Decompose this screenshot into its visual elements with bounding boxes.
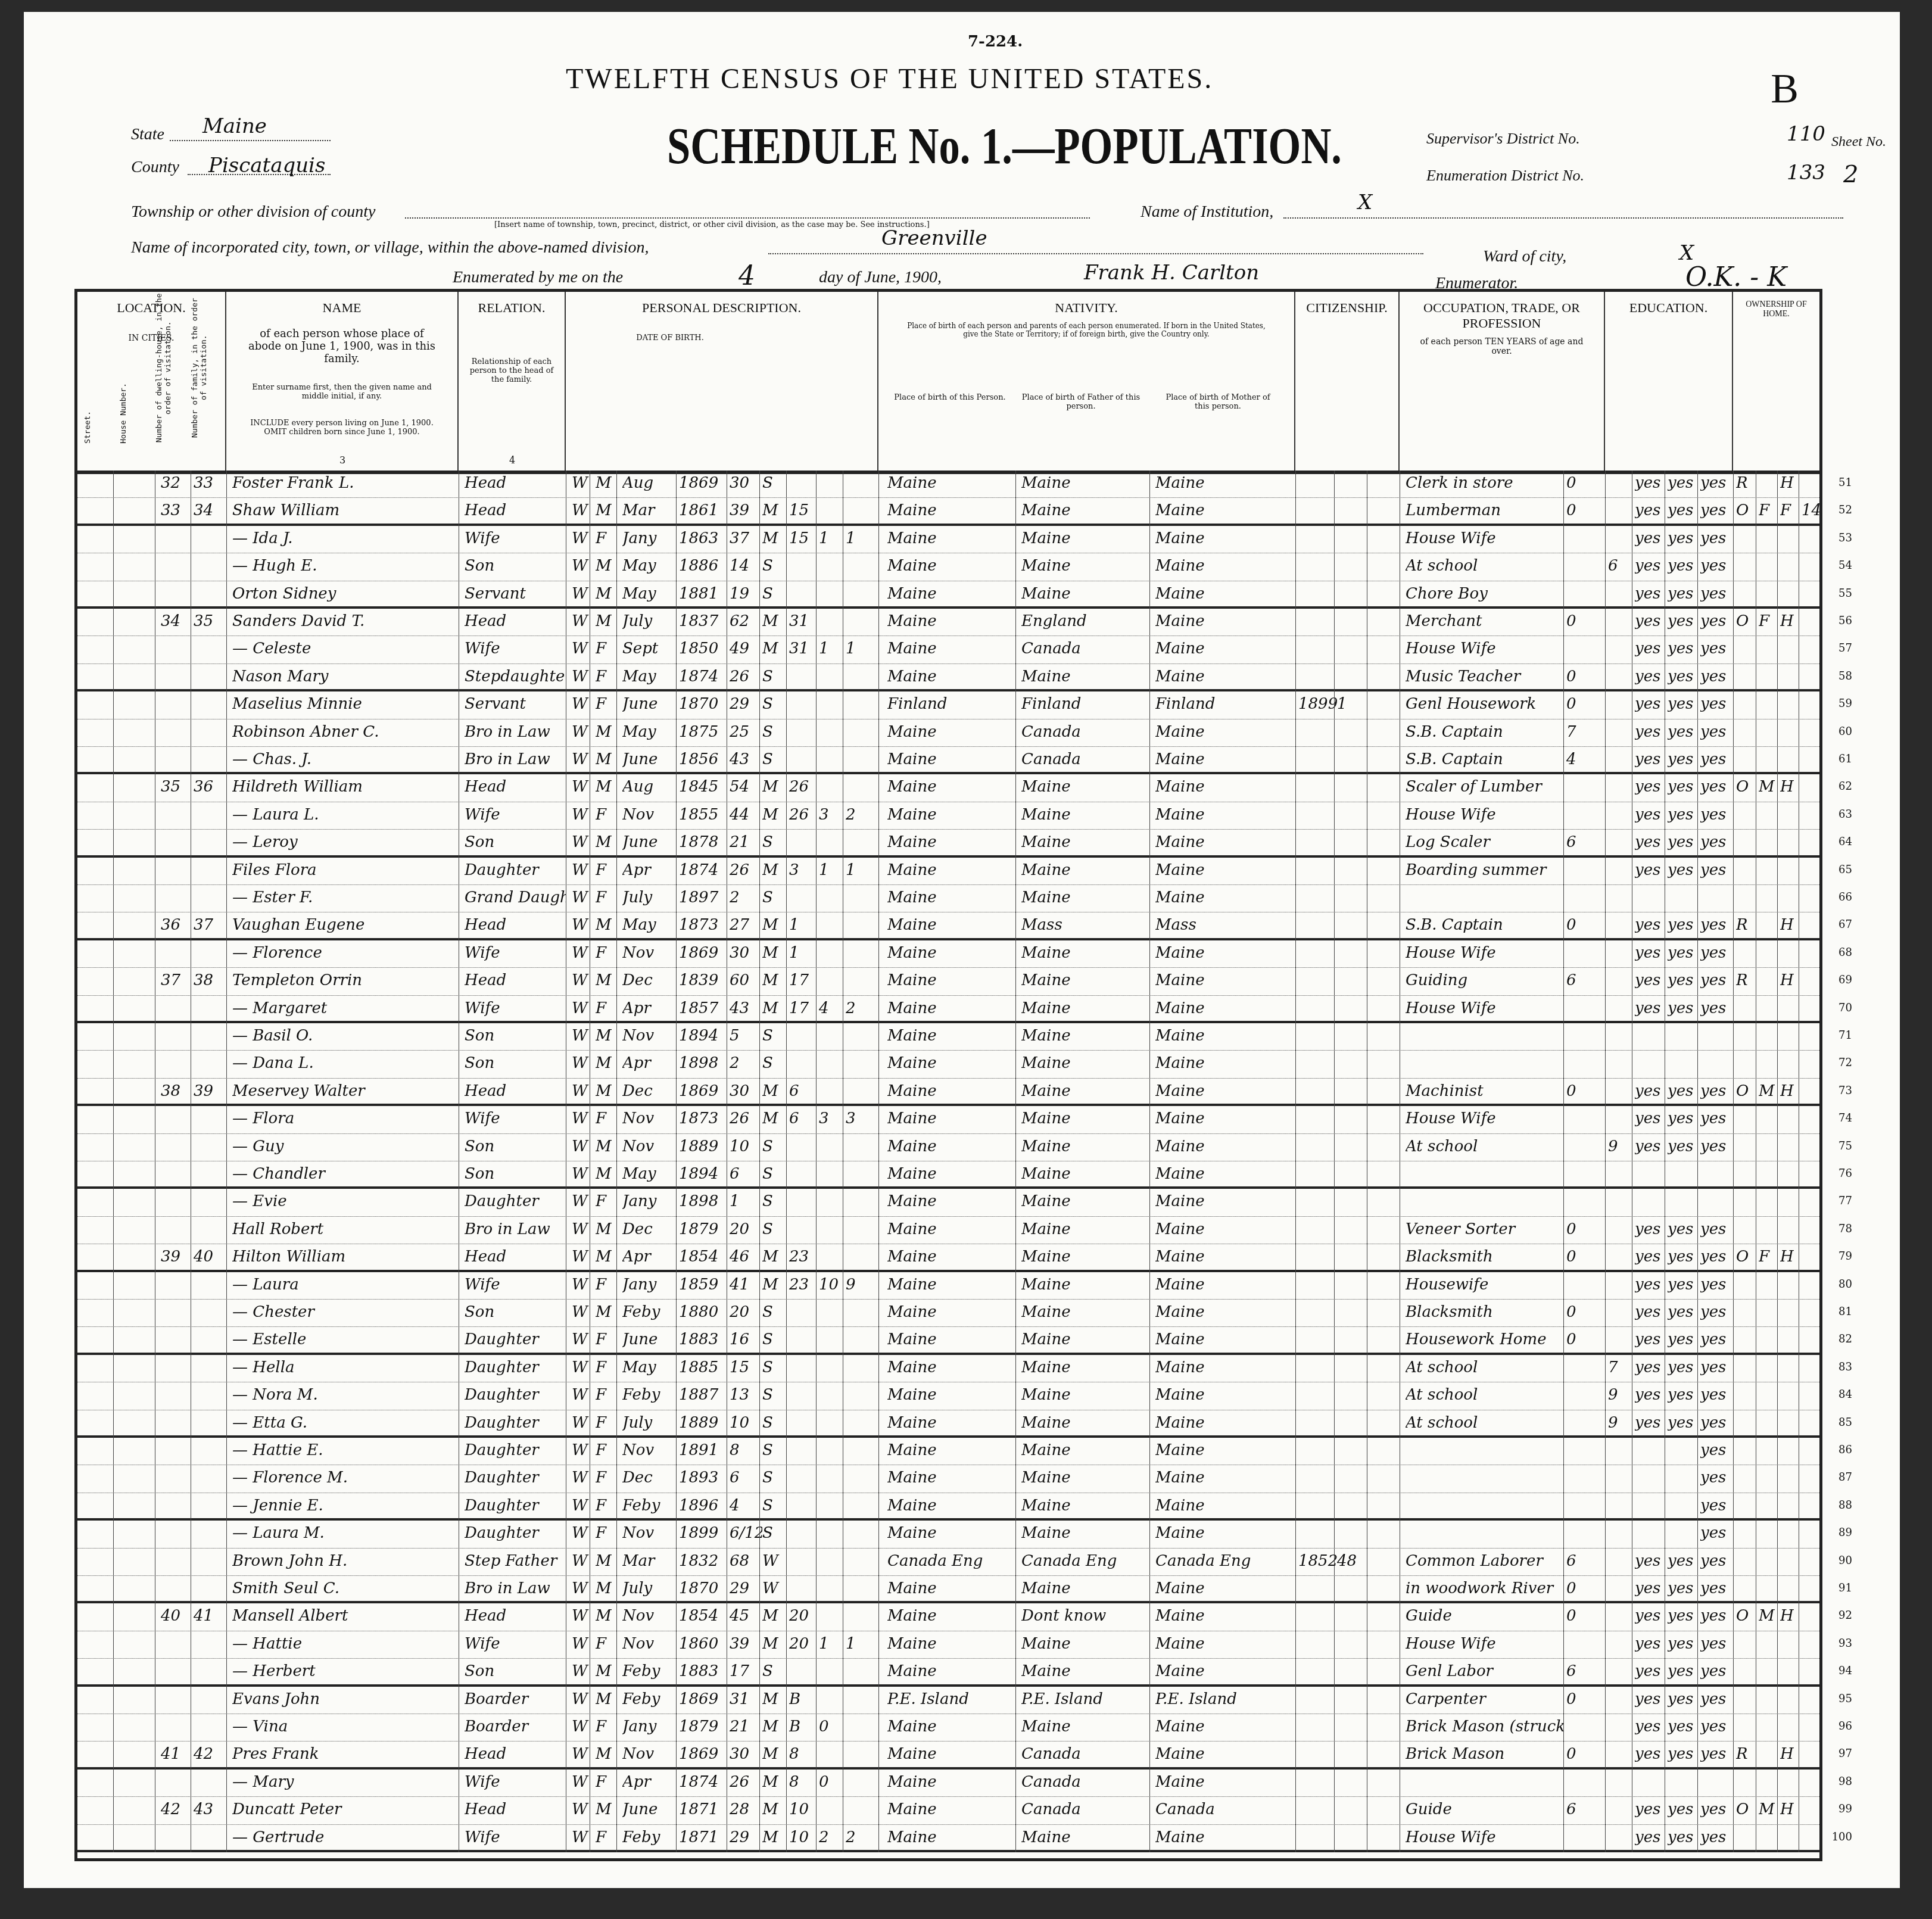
cell-sex: M xyxy=(596,971,619,989)
enumeration-value: 133 xyxy=(1787,161,1825,185)
cell-ym: 31 xyxy=(789,612,819,630)
cell-eng: yes xyxy=(1700,999,1733,1017)
cell-ym: 17 xyxy=(789,971,819,989)
cell-age: 46 xyxy=(730,1248,762,1266)
cell-month: Apr xyxy=(622,861,676,879)
line-number: 65 xyxy=(1838,864,1852,876)
cell-occ: Music Teacher xyxy=(1406,668,1563,686)
table-row: — EstelleDaughterWFJune188316SMaineMaine… xyxy=(77,1327,1819,1354)
cell-fpob: England xyxy=(1021,612,1152,630)
table-row: — MaryWifeWFApr187426M80MaineCanadaMaine… xyxy=(77,1770,1819,1797)
cell-name: — Ida J. xyxy=(232,529,459,547)
cell-year: 1875 xyxy=(679,723,727,741)
cell-month: Dec xyxy=(622,1220,676,1238)
cell-mne: 6 xyxy=(1566,1662,1602,1680)
cell-sex: F xyxy=(596,889,619,906)
cell-fpob: Maine xyxy=(1021,1165,1152,1183)
cell-month: Feby xyxy=(622,1662,676,1680)
cell-occ: House Wife xyxy=(1406,999,1563,1017)
cell-pob: Maine xyxy=(887,1359,1018,1376)
cell-sex: M xyxy=(596,1248,619,1266)
table-row: 4243Duncatt PeterHeadWMJune187128M10Main… xyxy=(77,1797,1819,1824)
cell-eng: yes xyxy=(1700,501,1733,519)
line-number: 87 xyxy=(1838,1471,1852,1484)
cell-age: 6 xyxy=(730,1165,762,1183)
cell-sex: M xyxy=(596,1690,619,1708)
column-rule xyxy=(878,471,879,1852)
cell-ms: M xyxy=(762,1690,789,1708)
cell-mpob: Maine xyxy=(1155,1497,1292,1515)
cell-mpob: Maine xyxy=(1155,1718,1292,1736)
cell-rel: Son xyxy=(465,1138,566,1155)
cell-name: — Hattie xyxy=(232,1635,459,1653)
cell-rel: Daughter xyxy=(465,1192,566,1210)
cell-age: 19 xyxy=(730,585,762,603)
cell-read: yes xyxy=(1635,999,1668,1017)
cell-write: yes xyxy=(1668,640,1700,658)
cell-pob: Maine xyxy=(887,557,1018,575)
cell-ms: S xyxy=(762,585,789,603)
cell-rel: Head xyxy=(465,501,566,519)
cell-fam: 36 xyxy=(194,778,223,796)
cell-eng: yes xyxy=(1700,723,1733,741)
cell-eng: yes xyxy=(1700,474,1733,492)
corner-mark: O.K. - K xyxy=(1685,262,1787,292)
cell-month: May xyxy=(622,916,676,934)
table-row: — Basil O.SonWMNov18945SMaineMaineMaine7… xyxy=(77,1023,1819,1051)
cell-month: Jany xyxy=(622,1276,676,1294)
cell-name: Duncatt Peter xyxy=(232,1800,459,1818)
cell-write: yes xyxy=(1668,916,1700,934)
cell-ym: 8 xyxy=(789,1745,819,1763)
cell-ym: 6 xyxy=(789,1082,819,1100)
cell-pob: Maine xyxy=(887,1110,1018,1127)
cell-ms: M xyxy=(762,1248,789,1266)
cell-year: 1889 xyxy=(679,1414,727,1432)
cell-ym: 3 xyxy=(789,861,819,879)
cell-sex: F xyxy=(596,1718,619,1736)
cell-cl: 3 xyxy=(846,1110,872,1127)
cell-sex: M xyxy=(596,474,619,492)
cell-eng: yes xyxy=(1700,640,1733,658)
column-rule xyxy=(676,471,677,1852)
cell-mpob: Maine xyxy=(1155,557,1292,575)
table-row: 3536Hildreth WilliamHeadWMAug184554M26Ma… xyxy=(77,774,1819,802)
cell-ms: M xyxy=(762,971,789,989)
line-number: 91 xyxy=(1838,1582,1852,1594)
cell-mpob: Maine xyxy=(1155,1220,1292,1238)
cell-rel: Step Father xyxy=(465,1552,566,1570)
cell-name: Templeton Orrin xyxy=(232,971,459,989)
cell-sex: M xyxy=(596,557,619,575)
cell-name: — Gertrude xyxy=(232,1828,459,1846)
cell-ms: S xyxy=(762,1662,789,1680)
cell-write: yes xyxy=(1668,529,1700,547)
column-rule xyxy=(759,471,760,1852)
institution-line xyxy=(1283,217,1843,219)
column-rule xyxy=(1799,471,1799,1852)
cell-month: Apr xyxy=(622,999,676,1017)
sheet-value: 2 xyxy=(1843,161,1858,188)
cell-pob: Maine xyxy=(887,1414,1018,1432)
cell-eng: yes xyxy=(1700,944,1733,962)
cell-color: W xyxy=(572,1359,596,1376)
cell-ms: S xyxy=(762,557,789,575)
cell-year: 1885 xyxy=(679,1359,727,1376)
cell-write: yes xyxy=(1668,695,1700,713)
cell-sex: F xyxy=(596,1276,619,1294)
cell-mpob: Maine xyxy=(1155,585,1292,603)
cell-name: — Ester F. xyxy=(232,889,459,906)
header-personal-description: PERSONAL DESCRIPTION. DATE OF BIRTH. xyxy=(566,292,878,471)
cell-cl: 1 xyxy=(846,1635,872,1653)
line-number: 90 xyxy=(1838,1554,1852,1567)
cell-mne: 0 xyxy=(1566,501,1602,519)
cell-rel: Wife xyxy=(465,640,566,658)
cell-mpob: Maine xyxy=(1155,806,1292,824)
cell-age: 4 xyxy=(730,1497,762,1515)
cell-age: 26 xyxy=(730,1110,762,1127)
cell-fpob: Maine xyxy=(1021,1662,1152,1680)
cell-fpob: Canada xyxy=(1021,1773,1152,1791)
cell-rel: Grand Daughter xyxy=(465,889,566,906)
cell-age: 30 xyxy=(730,1082,762,1100)
cell-write: yes xyxy=(1668,750,1700,768)
cell-age: 20 xyxy=(730,1220,762,1238)
cell-month: July xyxy=(622,612,676,630)
cell-color: W xyxy=(572,1662,596,1680)
cell-rel: Head xyxy=(465,1082,566,1100)
cell-eng: yes xyxy=(1700,557,1733,575)
cell-name: — Florence xyxy=(232,944,459,962)
cell-pob: Maine xyxy=(887,1054,1018,1072)
line-number: 99 xyxy=(1838,1803,1852,1815)
cell-month: Feby xyxy=(622,1303,676,1321)
cell-fpob: Maine xyxy=(1021,889,1152,906)
cell-mpob: Maine xyxy=(1155,1828,1292,1846)
cell-color: W xyxy=(572,1745,596,1763)
table-row: — Hattie E.DaughterWFNov18918SMaineMaine… xyxy=(77,1438,1819,1465)
cell-mpob: Maine xyxy=(1155,723,1292,741)
cell-mne: 4 xyxy=(1566,750,1602,768)
cell-year: 1883 xyxy=(679,1331,727,1348)
cell-name: Files Flora xyxy=(232,861,459,879)
cell-mc: 3 xyxy=(819,1110,846,1127)
cell-fpob: Canada xyxy=(1021,723,1152,741)
cell-mpob: Maine xyxy=(1155,833,1292,851)
cell-sex: M xyxy=(596,1027,619,1045)
cell-mpob: Canada xyxy=(1155,1800,1292,1818)
cell-yrs: 48 xyxy=(1337,1552,1370,1570)
cell-ym: 26 xyxy=(789,778,819,796)
cell-write: yes xyxy=(1668,944,1700,962)
cell-read: yes xyxy=(1635,1082,1668,1100)
cell-month: Apr xyxy=(622,1248,676,1266)
cell-age: 39 xyxy=(730,501,762,519)
table-row: 3738Templeton OrrinHeadWMDec183960M17Mai… xyxy=(77,968,1819,995)
cell-cl: 2 xyxy=(846,806,872,824)
cell-ms: S xyxy=(762,668,789,686)
cell-ms: M xyxy=(762,778,789,796)
cell-color: W xyxy=(572,557,596,575)
cell-color: W xyxy=(572,1276,596,1294)
table-row: 3839Meservey WalterHeadWMDec186930M6Main… xyxy=(77,1079,1819,1106)
cell-occ: Guide xyxy=(1406,1800,1563,1818)
cell-read: yes xyxy=(1635,944,1668,962)
cell-ms: M xyxy=(762,501,789,519)
column-rule xyxy=(1367,471,1367,1852)
cell-occ: At school xyxy=(1406,1138,1563,1155)
cell-fpob: Maine xyxy=(1021,1138,1152,1155)
cell-fpob: Canada xyxy=(1021,640,1152,658)
cell-fpob: Dont know xyxy=(1021,1607,1152,1625)
cell-mpob: Maine xyxy=(1155,1662,1292,1680)
cell-age: 6/12 xyxy=(730,1524,762,1542)
table-row: — Laura M.DaughterWFNov18996/12SMaineMai… xyxy=(77,1521,1819,1548)
cell-read: yes xyxy=(1635,1331,1668,1348)
cell-cl: 1 xyxy=(846,861,872,879)
cell-eng: yes xyxy=(1700,916,1733,934)
cell-sex: F xyxy=(596,1828,619,1846)
cell-ym: 20 xyxy=(789,1635,819,1653)
line-number: 92 xyxy=(1838,1609,1852,1622)
cell-occ: Lumberman xyxy=(1406,501,1563,519)
cell-month: June xyxy=(622,750,676,768)
table-row: — LauraWifeWFJany185941M23109MaineMaineM… xyxy=(77,1272,1819,1300)
table-row: Evans JohnBoarderWMFeby186931MBP.E. Isla… xyxy=(77,1687,1819,1714)
cell-fpob: Canada xyxy=(1021,1745,1152,1763)
cell-sex: F xyxy=(596,1441,619,1459)
header-occupation: OCCUPATION, TRADE, OR PROFESSION of each… xyxy=(1400,292,1605,471)
cell-color: W xyxy=(572,1690,596,1708)
cell-pob: Maine xyxy=(887,1745,1018,1763)
cell-age: 29 xyxy=(730,1828,762,1846)
cell-write: yes xyxy=(1668,1414,1700,1432)
cell-ym: 1 xyxy=(789,916,819,934)
cell-eng: yes xyxy=(1700,1138,1733,1155)
cell-read: yes xyxy=(1635,1662,1668,1680)
cell-name: — Vina xyxy=(232,1718,459,1736)
cell-ms: S xyxy=(762,1165,789,1183)
cell-eng: yes xyxy=(1700,806,1733,824)
cell-occ: Brick Mason (struck) xyxy=(1406,1718,1563,1736)
cell-read: yes xyxy=(1635,750,1668,768)
cell-name: — Evie xyxy=(232,1192,459,1210)
cell-age: 13 xyxy=(730,1386,762,1404)
cell-pob: Maine xyxy=(887,944,1018,962)
column-rule xyxy=(113,471,114,1852)
cell-eng: yes xyxy=(1700,1414,1733,1432)
cell-name: — Nora M. xyxy=(232,1386,459,1404)
cell-age: 10 xyxy=(730,1138,762,1155)
cell-mc: 1 xyxy=(819,1635,846,1653)
cell-sex: M xyxy=(596,612,619,630)
cell-write: yes xyxy=(1668,1386,1700,1404)
cell-age: 62 xyxy=(730,612,762,630)
cell-year: 1880 xyxy=(679,1303,727,1321)
cell-color: W xyxy=(572,695,596,713)
cell-ms: M xyxy=(762,1082,789,1100)
cell-rel: Boarder xyxy=(465,1690,566,1708)
cell-occ: Boarding summer xyxy=(1406,861,1563,879)
cell-fpob: P.E. Island xyxy=(1021,1690,1152,1708)
cell-month: Nov xyxy=(622,1110,676,1127)
cell-year: 1870 xyxy=(679,695,727,713)
table-header: LOCATION. IN CITIES. Street. House Numbe… xyxy=(77,292,1819,474)
cell-month: Nov xyxy=(622,806,676,824)
cell-name: — Hella xyxy=(232,1359,459,1376)
cell-pob: Finland xyxy=(887,695,1018,713)
cell-sex: M xyxy=(596,501,619,519)
cell-color: W xyxy=(572,916,596,934)
cell-ms: M xyxy=(762,612,789,630)
cell-sch: 7 xyxy=(1608,1359,1635,1376)
cell-fpob: Maine xyxy=(1021,806,1152,824)
cell-rel: Daughter xyxy=(465,1497,566,1515)
cell-ms: S xyxy=(762,1138,789,1155)
cell-read: yes xyxy=(1635,1220,1668,1238)
line-number: 85 xyxy=(1838,1416,1852,1429)
cell-fam: 43 xyxy=(194,1800,223,1818)
table-row: — FloraWifeWFNov187326M633MaineMaineMain… xyxy=(77,1106,1819,1133)
cell-rel: Son xyxy=(465,1027,566,1045)
cell-fpob: Maine xyxy=(1021,833,1152,851)
table-row: 3233Foster Frank L.HeadWMAug186930SMaine… xyxy=(77,471,1819,498)
column-rule xyxy=(1605,471,1606,1852)
cell-color: W xyxy=(572,1386,596,1404)
table-row: — Florence M.DaughterWFDec18936SMaineMai… xyxy=(77,1465,1819,1493)
cell-occ: Housewife xyxy=(1406,1276,1563,1294)
cell-pob: Maine xyxy=(887,585,1018,603)
cell-write: yes xyxy=(1668,1082,1700,1100)
column-rule xyxy=(1632,471,1632,1852)
cell-eng: yes xyxy=(1700,1497,1733,1515)
table-row: — Chas. J.Bro in LawWMJune185643SMaineCa… xyxy=(77,747,1819,774)
cell-age: 17 xyxy=(730,1662,762,1680)
supervisor-value: 110 xyxy=(1787,122,1825,146)
cell-ms: M xyxy=(762,1607,789,1625)
cell-color: W xyxy=(572,1718,596,1736)
cell-name: Pres Frank xyxy=(232,1745,459,1763)
cell-pob: Maine xyxy=(887,1138,1018,1155)
cell-pob: Maine xyxy=(887,1635,1018,1653)
cell-mne: 0 xyxy=(1566,668,1602,686)
cell-sex: M xyxy=(596,750,619,768)
cell-ms: S xyxy=(762,1524,789,1542)
cell-fpob: Mass xyxy=(1021,916,1152,934)
cell-year: 1832 xyxy=(679,1552,727,1570)
column-rule xyxy=(1015,471,1016,1852)
cell-name: Robinson Abner C. xyxy=(232,723,459,741)
cell-ms: S xyxy=(762,1469,789,1487)
header-name: NAME of each person whose place of abode… xyxy=(226,292,459,471)
cell-color: W xyxy=(572,1192,596,1210)
cell-occ: At school xyxy=(1406,1386,1563,1404)
table-row: — FlorenceWifeWFNov186930M1MaineMaineMai… xyxy=(77,940,1819,968)
cell-ym: 10 xyxy=(789,1828,819,1846)
cell-mne: 6 xyxy=(1566,971,1602,989)
cell-mpob: Finland xyxy=(1155,695,1292,713)
table-row: — VinaBoarderWFJany187921MB0MaineMaineMa… xyxy=(77,1714,1819,1742)
cell-write: yes xyxy=(1668,971,1700,989)
cell-mpob: Canada Eng xyxy=(1155,1552,1292,1570)
cell-ms: M xyxy=(762,1110,789,1127)
cell-age: 21 xyxy=(730,833,762,851)
cell-ms: S xyxy=(762,1303,789,1321)
cell-eng: yes xyxy=(1700,585,1733,603)
cell-rel: Stepdaughter xyxy=(465,668,566,686)
line-number: 82 xyxy=(1838,1333,1852,1345)
cell-ms: S xyxy=(762,1359,789,1376)
state-value: Maine xyxy=(202,114,267,138)
cell-month: Jany xyxy=(622,529,676,547)
cell-year: 1845 xyxy=(679,778,727,796)
cell-month: Feby xyxy=(622,1690,676,1708)
cell-mne: 0 xyxy=(1566,1220,1602,1238)
cell-read: yes xyxy=(1635,1718,1668,1736)
enumerated-prefix: Enumerated by me on the xyxy=(453,268,623,287)
cell-ms: S xyxy=(762,750,789,768)
line-number: 61 xyxy=(1838,753,1852,765)
cell-year: 1898 xyxy=(679,1054,727,1072)
cell-name: — Dana L. xyxy=(232,1054,459,1072)
cell-name: — Margaret xyxy=(232,999,459,1017)
cell-ms: M xyxy=(762,1718,789,1736)
cell-mne: 0 xyxy=(1566,612,1602,630)
cell-month: Feby xyxy=(622,1828,676,1846)
cell-mne: 0 xyxy=(1566,1082,1602,1100)
cell-rel: Head xyxy=(465,1745,566,1763)
cell-ms: M xyxy=(762,999,789,1017)
column-rule xyxy=(786,471,787,1852)
table-row: 4041Mansell AlbertHeadWMNov185445M20Main… xyxy=(77,1603,1819,1631)
cell-occ: Housework Home xyxy=(1406,1331,1563,1348)
cell-age: 39 xyxy=(730,1635,762,1653)
cell-color: W xyxy=(572,999,596,1017)
cell-read: yes xyxy=(1635,1110,1668,1127)
cell-occ: S.B. Captain xyxy=(1406,750,1563,768)
cell-write: yes xyxy=(1668,1552,1700,1570)
cell-fpob: Maine xyxy=(1021,1469,1152,1487)
cell-age: 2 xyxy=(730,889,762,906)
cell-pob: Maine xyxy=(887,1082,1018,1100)
cell-pob: Maine xyxy=(887,640,1018,658)
ward-value: X xyxy=(1679,241,1694,265)
line-number: 89 xyxy=(1838,1527,1852,1539)
cell-fpob: Canada xyxy=(1021,1800,1152,1818)
cell-month: Aug xyxy=(622,778,676,796)
cell-eng: yes xyxy=(1700,1303,1733,1321)
cell-mc: 1 xyxy=(819,529,846,547)
cell-mpob: Maine xyxy=(1155,944,1292,962)
census-title: TWELFTH CENSUS OF THE UNITED STATES. xyxy=(566,63,1213,95)
cell-ms: S xyxy=(762,1192,789,1210)
cell-ms: S xyxy=(762,1414,789,1432)
line-number: 54 xyxy=(1838,559,1852,572)
cell-sex: M xyxy=(596,1580,619,1597)
cell-ms: S xyxy=(762,1386,789,1404)
cell-name: — Hattie E. xyxy=(232,1441,459,1459)
cell-eng: yes xyxy=(1700,1331,1733,1348)
schedule-title: SCHEDULE No. 1.—POPULATION. xyxy=(667,116,1342,176)
cell-sex: F xyxy=(596,529,619,547)
cell-name: — Basil O. xyxy=(232,1027,459,1045)
table-row: Brown John H.Step FatherWMMar183268WCana… xyxy=(77,1549,1819,1576)
cell-write: yes xyxy=(1668,778,1700,796)
table-row: — ChesterSonWMFeby188020SMaineMaineMaine… xyxy=(77,1300,1819,1327)
cell-month: Dec xyxy=(622,1469,676,1487)
cell-sex: F xyxy=(596,1386,619,1404)
